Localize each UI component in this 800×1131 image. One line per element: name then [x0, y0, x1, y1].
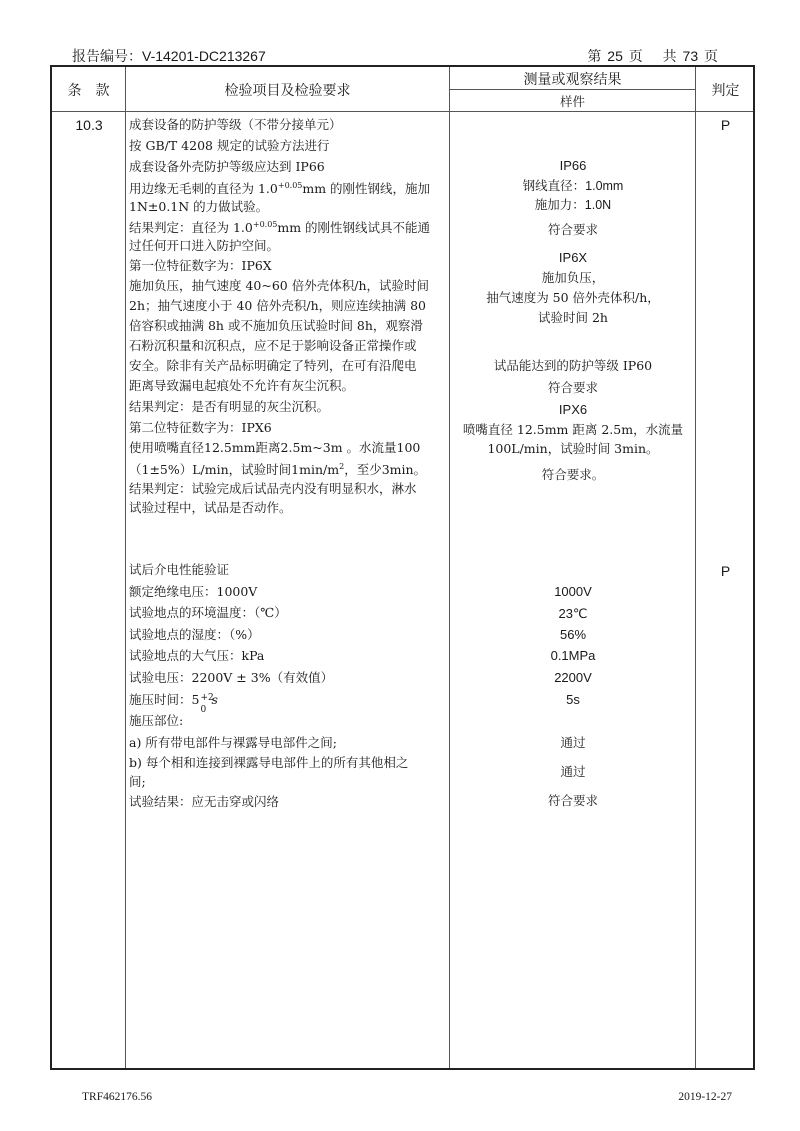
report-number: 报告编号：V-14201-DC213267: [72, 46, 266, 66]
issue-date: 2019-12-27: [678, 1091, 732, 1103]
requirement-text: 试后介电性能验证 额定绝缘电压：1000V 试验地点的环境温度：（℃） 试验地点…: [129, 559, 449, 813]
form-number: TRF462176.56: [82, 1091, 152, 1103]
inspection-table: 条 款 检验项目及检验要求 测量或观察结果 样件 判定 10.3 P 成套设备的…: [50, 65, 755, 1070]
clause-number: 10.3: [52, 117, 126, 133]
page-indicator: 第 25 页 共 73 页: [587, 46, 718, 66]
header-bottom-line: [52, 111, 753, 112]
col-divider-2: [449, 67, 450, 1068]
col-header-sample: 样件: [450, 92, 695, 110]
col-header-verdict: 判定: [696, 80, 755, 100]
requirement-text: 成套设备的防护等级（不带分接单元） 按 GB/T 4208 规定的试验方法进行 …: [129, 114, 449, 517]
col-header-requirement: 检验项目及检验要求: [126, 80, 449, 100]
col-divider-1: [125, 67, 126, 1068]
col-header-result: 测量或观察结果: [450, 69, 695, 89]
verdict: P: [696, 563, 755, 579]
verdict: P: [696, 117, 755, 133]
header-subdivider: [449, 89, 695, 90]
col-header-clause: 条 款: [52, 80, 125, 100]
